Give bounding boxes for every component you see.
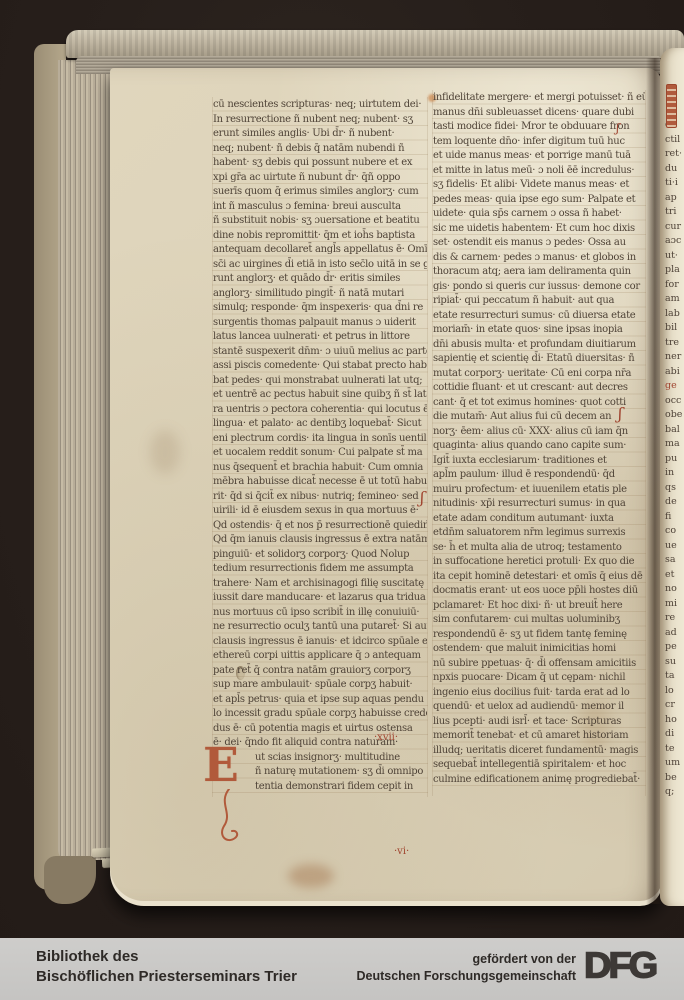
manuscript-text-line: pedes meas· quia ipse ego sum· Palpate e… xyxy=(433,192,645,207)
facing-text-fragment: lab xyxy=(665,307,684,322)
manuscript-text-line: lius pcepti· audi isrl̄· et tace· Script… xyxy=(433,714,645,729)
manuscript-text-line: nus q̄sequent̄ et brachia habuit· Cum om… xyxy=(213,460,427,475)
manuscript-text-line: uirili· id ē eiusdem sexus in qua mortuu… xyxy=(213,503,427,518)
manuscript-text-line: docmatis erant· ut eos uoce pp̄li hostes… xyxy=(433,583,645,598)
text-column-left: cū nescientes scripturas· neq; uirtutem … xyxy=(212,97,428,797)
manuscript-text-line: sequebat̄ intellegentiā spiritalem· et h… xyxy=(433,757,645,772)
manuscript-text-line: et uide manus meas· et porrige manū tuā xyxy=(433,148,645,163)
manuscript-text-line: uidete· quia sp̄s carnem ɔ ossa ñ habet· xyxy=(433,206,645,221)
manuscript-text-line: pinguiū· et solidorʒ corporʒ· Quod Nolup xyxy=(213,547,427,562)
manuscript-text-line: stantē suspexerit dn̄m· ɔ uiuū melius ac… xyxy=(213,344,427,359)
manuscript-text-line: sapientię et scientię d̄i· Etatū diuersi… xyxy=(433,351,645,366)
manuscript-text-line: antequam decollaret̄ angl̄s appellatus ē… xyxy=(213,242,427,257)
funding-credit-line2: Deutschen Forschungsgemeinschaft xyxy=(357,968,577,985)
manuscript-text-line: cottidie fluant· et ut crescant· aut dec… xyxy=(433,380,645,395)
text-column-right: infidelitate mergere· et mergi potuisset… xyxy=(432,90,646,796)
manuscript-text-line: erunt similes anglis· Ubi d̄r· ñ nubent· xyxy=(213,126,427,141)
manuscript-text-line: etdn̄m saluatorem nr̄m legimus surrexis xyxy=(433,525,645,540)
facing-text-fragment: occ xyxy=(665,394,684,409)
facing-text-fragment: pla xyxy=(665,263,684,278)
facing-text-fragment: in xyxy=(665,466,684,481)
manuscript-text-line: latus lancea uulnerati· et petrus in lit… xyxy=(213,329,427,344)
manuscript-text-line: quendū· et uelox ad audiendū· memor il xyxy=(433,699,645,714)
facing-text-fragment: bil xyxy=(665,321,684,336)
manuscript-text-line: Igit̄ iuxta ecclesiarum· traditiones et xyxy=(433,453,645,468)
manuscript-text-line: pate ret̄ q̄ contra natām grauiorʒ corpo… xyxy=(213,663,427,678)
facing-text-fragment: ner xyxy=(665,350,684,365)
manuscript-text-line: ut scias insignorʒ· multitudine xyxy=(213,750,427,765)
manuscript-text-line: sʒ fidelis· Et alibi· Videte manus meas·… xyxy=(433,177,645,192)
decorated-initial: E xyxy=(203,743,239,789)
manuscript-text-line: lingua· et palato· ac dentibʒ loquebat̄·… xyxy=(213,416,427,431)
manuscript-text-line: in suffocatione heretici protuli· Ex quo… xyxy=(433,554,645,569)
manuscript-text-line: nitudinis· xp̄i resurrecturi sumus· in q… xyxy=(433,496,645,511)
manuscript-text-line: Qd q̄m ianuis clausis ingressus ē extra … xyxy=(213,532,427,547)
manuscript-text-line: culmine edificationem animę progrediebat… xyxy=(433,772,645,787)
cover-corner xyxy=(44,856,96,904)
manuscript-text-line: clausis ingressus ē ianuis· et idcirco s… xyxy=(213,634,427,649)
manuscript-text-line: quaginta· alius quando cano capite sum· xyxy=(433,438,645,453)
facing-text-fragment: be xyxy=(665,771,684,786)
facing-text-fragment: su xyxy=(665,655,684,670)
facing-text-fragment: ta xyxy=(665,669,684,684)
manuscript-text-line: tedium resurrectionis fidem me assumpta xyxy=(213,561,427,576)
photograph: cū nescientes scripturas· neq; uirtutem … xyxy=(0,0,684,1000)
manuscript-text-line: eni plectrum cordis· ita lingua in sonīs… xyxy=(213,431,427,446)
manuscript-text-line: ripiat̄· qui peccatum ñ habuit· aut qua xyxy=(433,293,645,308)
manuscript-text-line: ne resurrectio oculʒ tantū una putaret̄·… xyxy=(213,619,427,634)
book-top-edge xyxy=(66,30,684,58)
manuscript-text-line: nus mortuus cū ipso scribit̄ in illę con… xyxy=(213,605,427,620)
manuscript-text-line: ethereū corpi uittis applicare q̄ ɔ ante… xyxy=(213,648,427,663)
manuscript-text-line: sic me uidetis habentem· Et cum hoc dixi… xyxy=(433,221,645,236)
facing-text-fragment: ho xyxy=(665,713,684,728)
manuscript-text-line: iussit dare manducare· et lazarus qua tr… xyxy=(213,590,427,605)
manuscript-text-line: et uocalem reddit sonum· Cui palpate st̄… xyxy=(213,445,427,460)
facing-text-fragment: abi xyxy=(665,365,684,380)
manuscript-text-line: lo incessit gradu spūale corpʒ habuisse … xyxy=(213,706,427,721)
facing-page-edge: dectilret·duti·iaptricuraɔcut·plaforamla… xyxy=(660,48,684,906)
facing-text-fragment: re xyxy=(665,611,684,626)
manuscript-text-line: anglorʒ· similitudo pingit̄· ñ natā muta… xyxy=(213,286,427,301)
facing-text-fragment: ctil xyxy=(665,133,684,148)
facing-text-fragment: mi xyxy=(665,597,684,612)
facing-text-fragment: et xyxy=(665,568,684,583)
facing-text-fragment: pe xyxy=(665,640,684,655)
manuscript-text-line: ita cepit hominē detestari· et omīs q̄ e… xyxy=(433,569,645,584)
manuscript-text-line: dis & carnem· pedes ɔ manus· et globos i… xyxy=(433,250,645,265)
funding-credit-line1: gefördert von der xyxy=(357,951,577,968)
manuscript-text-line: die mutam̄· Aut alius fui cū decem an xyxy=(433,409,645,424)
facing-text-fragment: ue xyxy=(665,539,684,554)
facing-text-fragment: fi xyxy=(665,510,684,525)
manuscript-text-line: ñ substituit nobis· sʒ ɔuersatione et be… xyxy=(213,213,427,228)
manuscript-text-line: Qd ostendis· q̄ et nos p̄ resurrectionē … xyxy=(213,518,427,533)
library-credit-line2: Bischöflichen Priesterseminars Trier xyxy=(36,967,297,987)
facing-text-fragment: di xyxy=(665,727,684,742)
manuscript-text-line: npxis puocare· Dicam q̄ ut cępam· nichil xyxy=(433,670,645,685)
facing-text-fragment: de xyxy=(665,495,684,510)
facing-text-fragment: tre xyxy=(665,336,684,351)
facing-text-fragment: co xyxy=(665,524,684,539)
manuscript-text-line: ingenio eius docilius fuit· tarda erat a… xyxy=(433,685,645,700)
manuscript-text-line: ñ naturę mutationem· sʒ d̄i omnipo xyxy=(213,764,427,779)
manuscript-text-line: muiru profectum· et iuuenilem etatis ple xyxy=(433,482,645,497)
facing-text-fragment: am xyxy=(665,292,684,307)
manuscript-text-line: In resurrectione ñ nubent neq; nubent· s… xyxy=(213,112,427,127)
manuscript-text-line: xpi gr̄a ac uirtute ñ nubunt d̄r· q̄ñ op… xyxy=(213,170,427,185)
manuscript-text-line: etate resurrecturi sumus· cū diuersa eta… xyxy=(433,308,645,323)
facing-text-fragment: qs xyxy=(665,481,684,496)
facing-text-fragment: ut· xyxy=(665,249,684,264)
facing-text-fragment: tri xyxy=(665,205,684,220)
manuscript-text-line: cū nescientes scripturas· neq; uirtutem … xyxy=(213,97,427,112)
manuscript-text-line: apl̄m paulum· illud ē respondendū· q̄d xyxy=(433,467,645,482)
manuscript-text-line: cant· q̄ et tot eximus homines· quot cot… xyxy=(433,395,645,410)
facing-text-fragment: um xyxy=(665,756,684,771)
facing-text-fragment: du xyxy=(665,162,684,177)
manuscript-text-line: sim confutarem· cui multas uoluminibʒ xyxy=(433,612,645,627)
manuscript-text-line: dn̄i abusis multa· et profundam diuitiar… xyxy=(433,337,645,352)
manuscript-text-line: ē· dei· q̄ndo fit aliquid contra naturam… xyxy=(213,735,427,750)
decorated-initial-facing xyxy=(666,84,677,128)
facing-text-fragment: ad xyxy=(665,626,684,641)
library-credit: Bibliothek des Bischöflichen Priestersem… xyxy=(36,947,297,987)
facing-text-fragment: obe xyxy=(665,408,684,423)
manuscript-text-line: assi piscis comedente· Qui stabat precto… xyxy=(213,358,427,373)
manuscript-text-line: memorit̄ tenebat· et cū amaret historiam xyxy=(433,728,645,743)
facing-text-fragment: ap xyxy=(665,191,684,206)
manuscript-text-line: set· ostendit eis manus ɔ pedes· Ossa au xyxy=(433,235,645,250)
manuscript-text-line: nū subire ppetuas· q̄· d̄i offensam amic… xyxy=(433,656,645,671)
manuscript-text-line: respondendū ē· sʒ ut fidem tantę feminę xyxy=(433,627,645,642)
manuscript-text-line: thoracum atq; aera iam deliramenta quin xyxy=(433,264,645,279)
manuscript-text-line: et mitte in latus meū· ɔ noli ēē incredu… xyxy=(433,163,645,178)
credit-banner: Bibliothek des Bischöflichen Priestersem… xyxy=(0,938,684,1000)
manuscript-text-line: ostendem· que maluit inimicitias homi xyxy=(433,641,645,656)
fore-edge-leaves xyxy=(58,60,118,860)
library-credit-line1: Bibliothek des xyxy=(36,947,297,967)
facing-text-fragment: te xyxy=(665,742,684,757)
facing-text-fragment: sa xyxy=(665,553,684,568)
facing-text-fragment: for xyxy=(665,278,684,293)
funding-credit: gefördert von der Deutschen Forschungsge… xyxy=(357,951,577,985)
stain xyxy=(150,430,180,474)
manuscript-text-line: runt anglorʒ· et quādo d̄r· eritis simil… xyxy=(213,271,427,286)
facing-text-fragment: ge xyxy=(665,379,684,394)
manuscript-text-line: dus ē· cū potentia magis et uirtus osten… xyxy=(213,721,427,736)
manuscript-text-line: et uentrē ac pectus habuit sine quibʒ ñ … xyxy=(213,387,427,402)
manuscript-text-line: sc̄i ac uirgines d̄i etiā in isto sec̄lo… xyxy=(213,257,427,272)
manuscript-text-line: mēbra habuisse dicat̄ necesse ē ut totū … xyxy=(213,474,427,489)
manuscript-text-line: int ñ masculus ɔ femina· breui ausculta xyxy=(213,199,427,214)
facing-text-fragment: ret· xyxy=(665,147,684,162)
manuscript-text-line: tem loquente dn̄o· infer digitum tuū huc xyxy=(433,134,645,149)
manuscript-text-line: norʒ· ēem· alius cū· XXX· alius cū iam q… xyxy=(433,424,645,439)
facing-text-fragment: ti·i xyxy=(665,176,684,191)
manuscript-text-line: suerīs quom q̄ erimus similes anglorʒ· c… xyxy=(213,184,427,199)
facing-text-fragment: pu xyxy=(665,452,684,467)
facing-text-fragment: aɔc xyxy=(665,234,684,249)
manuscript-text-line: se· h̄ et multa alia de utroq; testament… xyxy=(433,540,645,555)
manuscript-text-line: illudq; ueritatis diceret fundamentū· ma… xyxy=(433,743,645,758)
manuscript-text-line: moriam̄· in etate quos· sine ipsas inopi… xyxy=(433,322,645,337)
manuscript-text-line: sup mare ambulauit· spūale corpʒ habuit· xyxy=(213,677,427,692)
stain xyxy=(288,864,334,888)
facing-text-fragment: cur xyxy=(665,220,684,235)
dfg-logo: DFG xyxy=(584,947,655,985)
facing-text-fragment: lo xyxy=(665,684,684,699)
manuscript-text-line: tasti modice fidei· Mror te obduuare fro… xyxy=(433,119,645,134)
manuscript-text-line: et apl̄s petrus· quia et ipse sup aquas … xyxy=(213,692,427,707)
manuscript-text-line: neq; nubent· ñ debis q̄ natām nubendi ñ xyxy=(213,141,427,156)
facing-text-fragment: no xyxy=(665,582,684,597)
manuscript-text-line: surgentis thomas palpauit manus ɔ uideri… xyxy=(213,315,427,330)
manuscript-text-line: manus dn̄i subleuasset dicens· quare dub… xyxy=(433,105,645,120)
manuscript-text-line: rit· q̄d si q̄cit̄ ex nibus· nutriq; fem… xyxy=(213,489,427,504)
initial-tail-flourish-icon xyxy=(213,789,253,851)
manuscript-text-line: bat pedes· qui monstrabat uulnerati lat … xyxy=(213,373,427,388)
manuscript-text-line: habent· sʒ debis qui possunt nubere et e… xyxy=(213,155,427,170)
manuscript-text-line: gis· pondo si queris cur iussus· demone … xyxy=(433,279,645,294)
manuscript-text-line: pclamaret· Et hoc dixi· ñ· ut breuit̄ he… xyxy=(433,598,645,613)
facing-text-fragment: ma xyxy=(665,437,684,452)
manuscript-text-line: simulq; responde· q̄m inspexeris· qua d̄… xyxy=(213,300,427,315)
facing-text-fragment: bal xyxy=(665,423,684,438)
facing-text-fragment: q; xyxy=(665,785,684,800)
manuscript-text-line: trahere· Nam et archisinagogi filię susc… xyxy=(213,576,427,591)
facing-text-fragment: cr xyxy=(665,698,684,713)
manuscript-text-line: mutat corporʒ· ueritate· Cū eni corpa nr… xyxy=(433,366,645,381)
manuscript-text-line: infidelitate mergere· et mergi potuisset… xyxy=(433,90,645,105)
manuscript-text-line: dine nobis repromittit· q̄m et ioh̄s bap… xyxy=(213,228,427,243)
manuscript-text-line: etate adam conditum autumant· iuxta xyxy=(433,511,645,526)
manuscript-text-line: ra uentris ɔ pectora coherentia· qui loc… xyxy=(213,402,427,417)
